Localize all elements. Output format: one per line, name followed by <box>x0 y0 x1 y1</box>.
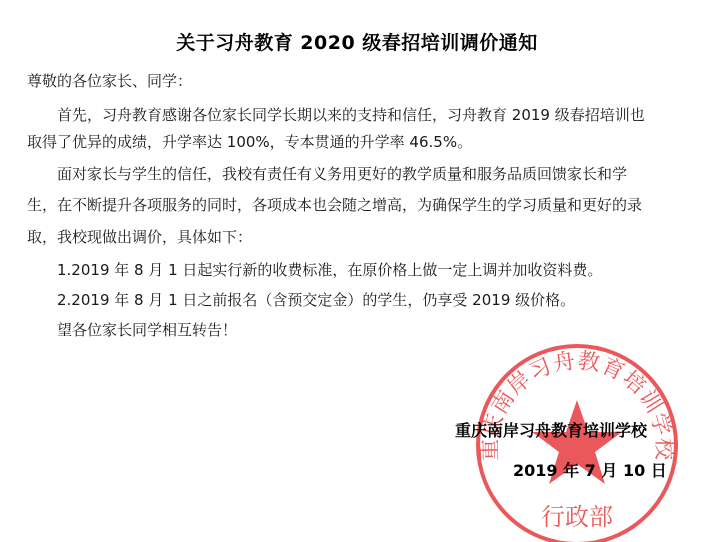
signature-organization: 重庆南岸习舟教育培训学校 <box>455 418 647 441</box>
signature-date: 2019 年 7 月 10 日 <box>513 458 667 481</box>
paragraph-2-line-3: 取，我校现做出调价，具体如下： <box>27 226 252 247</box>
list-item-1: 1.2019 年 8 月 1 日起实行新的收费标准，在原价格上做一定上调并加收资… <box>57 259 602 280</box>
closing-line: 望各位家长同学相互转告！ <box>57 319 237 340</box>
seal-bottom-text: 行政部 <box>541 503 613 531</box>
paragraph-2-line-2: 生，在不断提升各项服务的同时，各项成本也会随之增高，为确保学生的学习质量和更好的… <box>27 194 642 215</box>
paragraph-1-line-1: 首先，习舟教育感谢各位家长同学长期以来的支持和信任，习舟教育 2019 级春招培… <box>57 104 645 125</box>
paragraph-2-line-1: 面对家长与学生的信任，我校有责任有义务用更好的教学质量和服务品质回馈家长和学 <box>57 163 627 184</box>
salutation: 尊敬的各位家长、同学： <box>27 70 192 91</box>
notice-title: 关于习舟教育 2020 级春招培训调价通知 <box>0 28 714 55</box>
paragraph-1-line-2: 取得了优异的成绩，升学率达 100%，专本贯通的升学率 46.5%。 <box>27 131 472 152</box>
official-seal-stamp: 重庆南岸习舟教育培训学校 行政部 <box>474 342 680 542</box>
list-item-2: 2.2019 年 8 月 1 日之前报名（含预交定金）的学生，仍享受 2019 … <box>57 289 575 310</box>
